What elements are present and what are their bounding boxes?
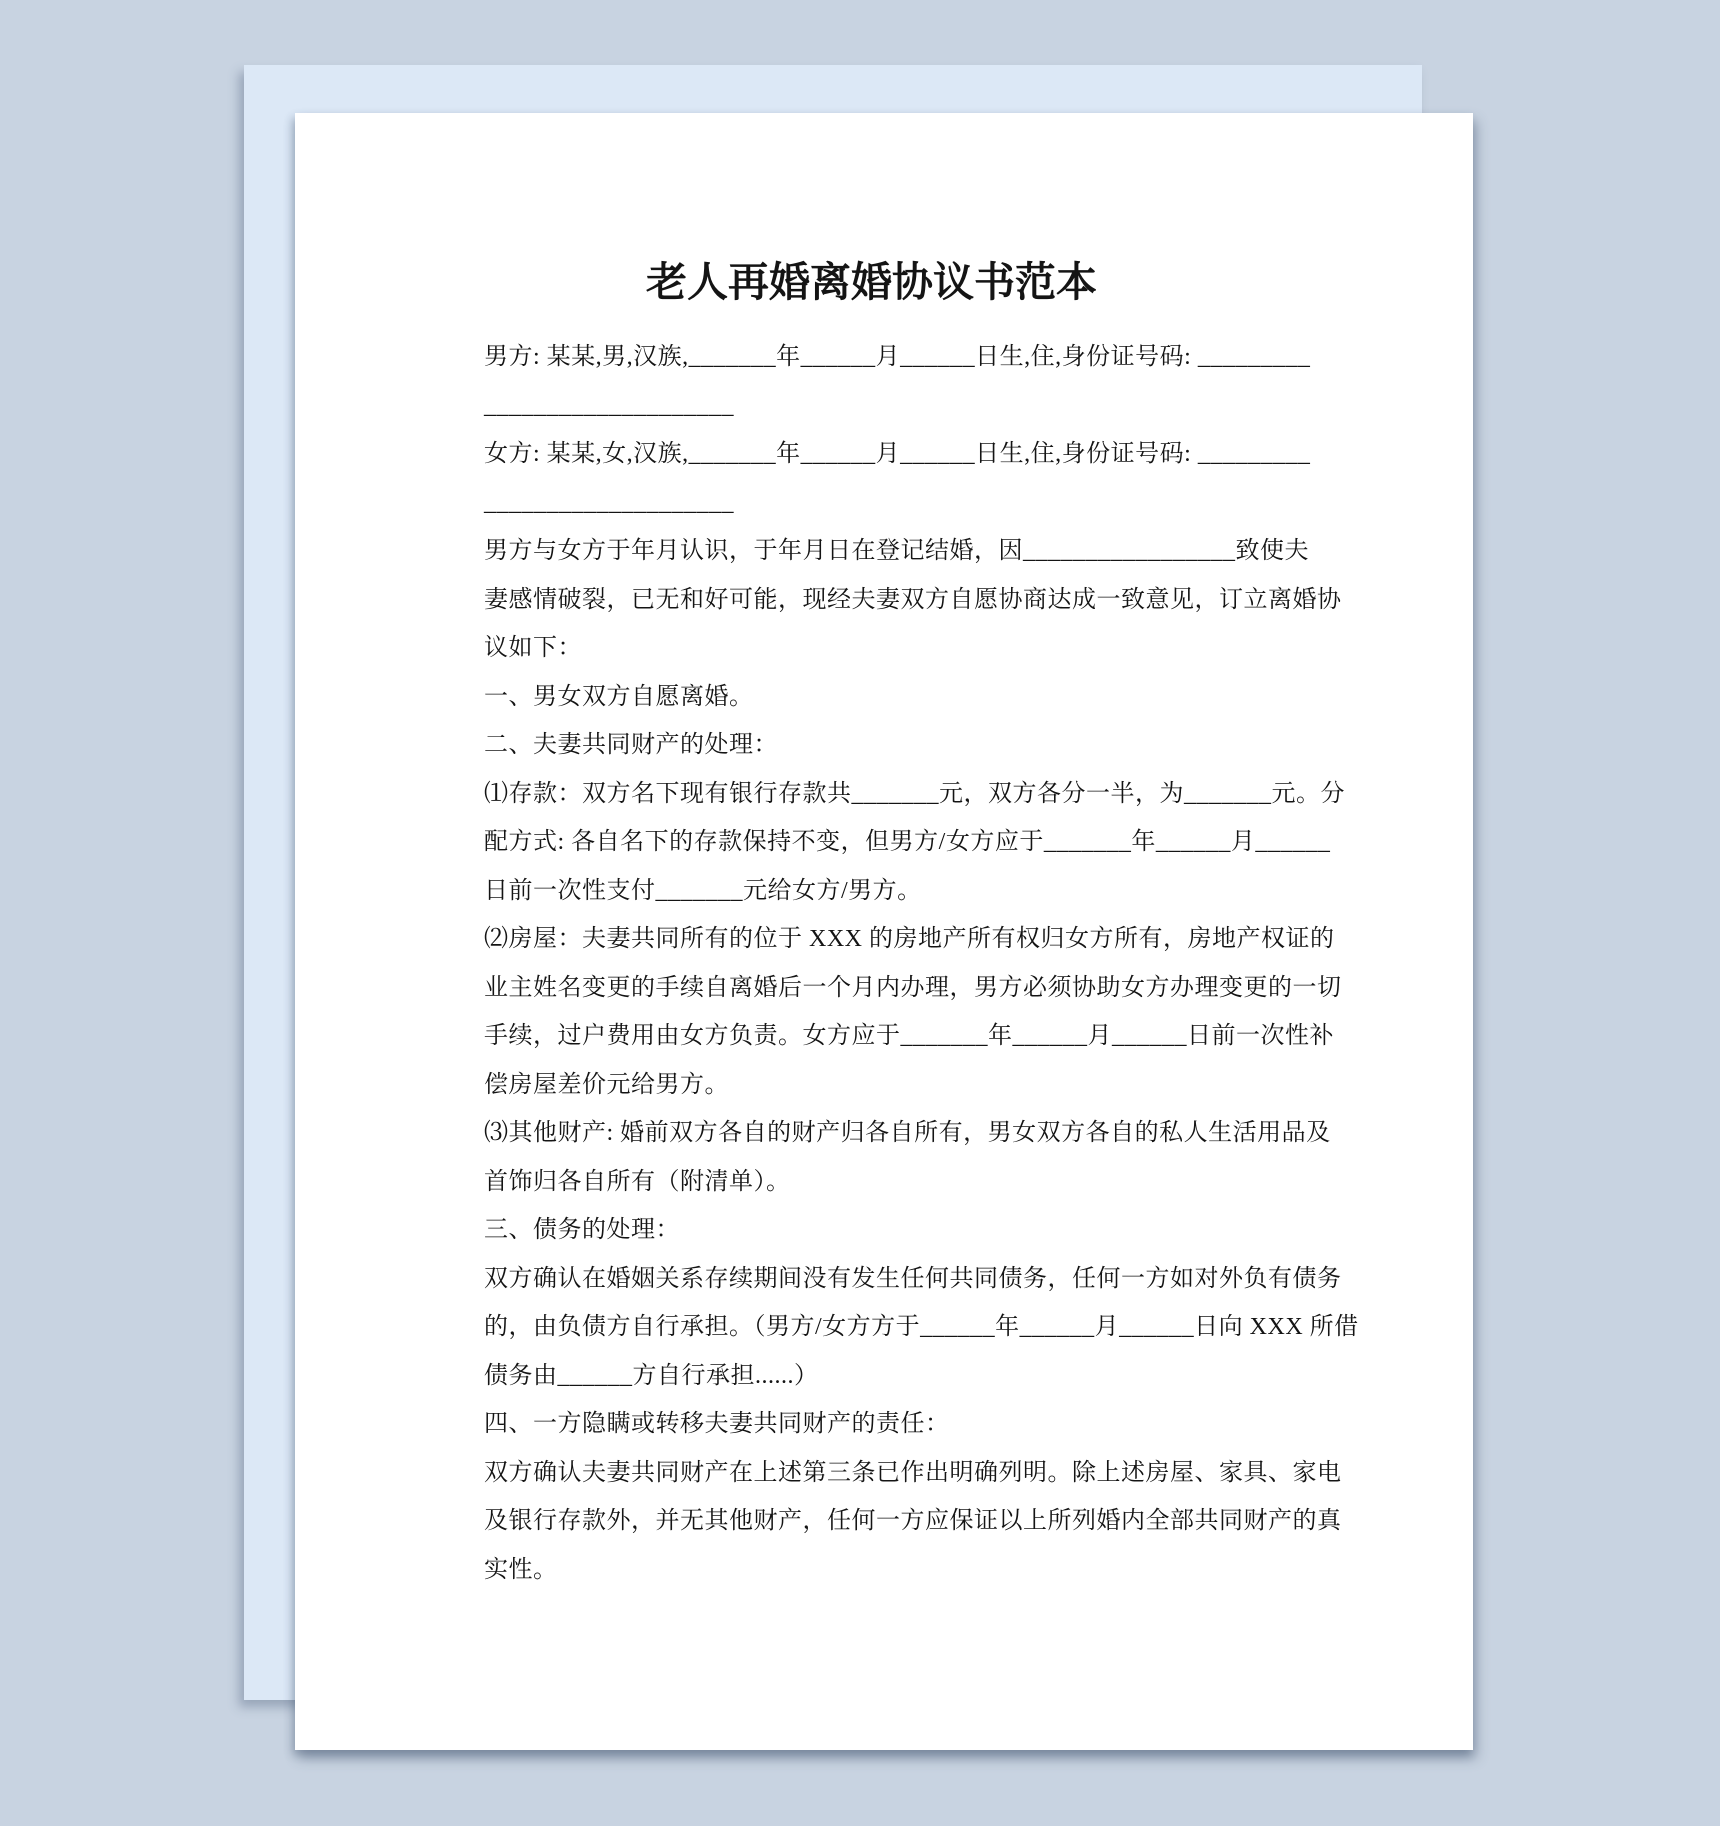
doc-line: ⑴存款：双方名下现有银行存款共_______元，双方各分一半，为_______元… xyxy=(484,770,1259,819)
doc-line: 债务由______方自行承担......） xyxy=(484,1352,1259,1401)
doc-line: 的，由负债方自行承担。（男方/女方方于______年______月______日… xyxy=(484,1303,1259,1352)
doc-line: ⑶其他财产: 婚前双方各自的财产归各自所有，男女双方各自的私人生活用品及 xyxy=(484,1109,1259,1158)
doc-line: ⑵房屋：夫妻共同所有的位于 XXX 的房地产所有权归女方所有，房地产权证的 xyxy=(484,915,1259,964)
doc-line: 双方确认夫妻共同财产在上述第三条已作出明确列明。除上述房屋、家具、家电 xyxy=(484,1449,1259,1498)
document-content: 老人再婚离婚协议书范本 男方: 某某,男,汉族,_______年______月_… xyxy=(484,251,1259,1594)
doc-line: 女方: 某某,女,汉族,_______年______月______日生,住,身份… xyxy=(484,430,1259,479)
doc-line: 偿房屋差价元给男方。 xyxy=(484,1061,1259,1110)
doc-line: 配方式: 各自名下的存款保持不变，但男方/女方应于_______年______月… xyxy=(484,818,1259,867)
document-page: 老人再婚离婚协议书范本 男方: 某某,男,汉族,_______年______月_… xyxy=(295,113,1473,1750)
doc-line: 二、夫妻共同财产的处理： xyxy=(484,721,1259,770)
canvas-background: { "document": { "title": "老人再婚离婚协议书范本", … xyxy=(0,0,1720,1826)
doc-line: 实性。 xyxy=(484,1546,1259,1595)
doc-line: 及银行存款外，并无其他财产，任何一方应保证以上所列婚内全部共同财产的真 xyxy=(484,1497,1259,1546)
doc-title: 老人再婚离婚协议书范本 xyxy=(484,251,1259,313)
doc-line: 妻感情破裂，已无和好可能，现经夫妻双方自愿协商达成一致意见，订立离婚协 xyxy=(484,576,1259,625)
doc-line: 日前一次性支付_______元给女方/男方。 xyxy=(484,867,1259,916)
doc-line: 首饰归各自所有（附清单）。 xyxy=(484,1158,1259,1207)
doc-line: 手续，过户费用由女方负责。女方应于_______年______月______日前… xyxy=(484,1012,1259,1061)
doc-line: 三、债务的处理： xyxy=(484,1206,1259,1255)
doc-line: 四、一方隐瞒或转移夫妻共同财产的责任： xyxy=(484,1400,1259,1449)
doc-line: ____________________ xyxy=(484,382,1259,431)
doc-line: 一、男女双方自愿离婚。 xyxy=(484,673,1259,722)
doc-line: 男方与女方于年月认识，于年月日在登记结婚，因_________________致… xyxy=(484,527,1259,576)
doc-lines: 男方: 某某,男,汉族,_______年______月______日生,住,身份… xyxy=(484,333,1259,1594)
doc-line: 议如下： xyxy=(484,624,1259,673)
doc-line: 双方确认在婚姻关系存续期间没有发生任何共同债务，任何一方如对外负有债务 xyxy=(484,1255,1259,1304)
doc-line: 男方: 某某,男,汉族,_______年______月______日生,住,身份… xyxy=(484,333,1259,382)
doc-line: ____________________ xyxy=(484,479,1259,528)
doc-line: 业主姓名变更的手续自离婚后一个月内办理，男方必须协助女方办理变更的一切 xyxy=(484,964,1259,1013)
